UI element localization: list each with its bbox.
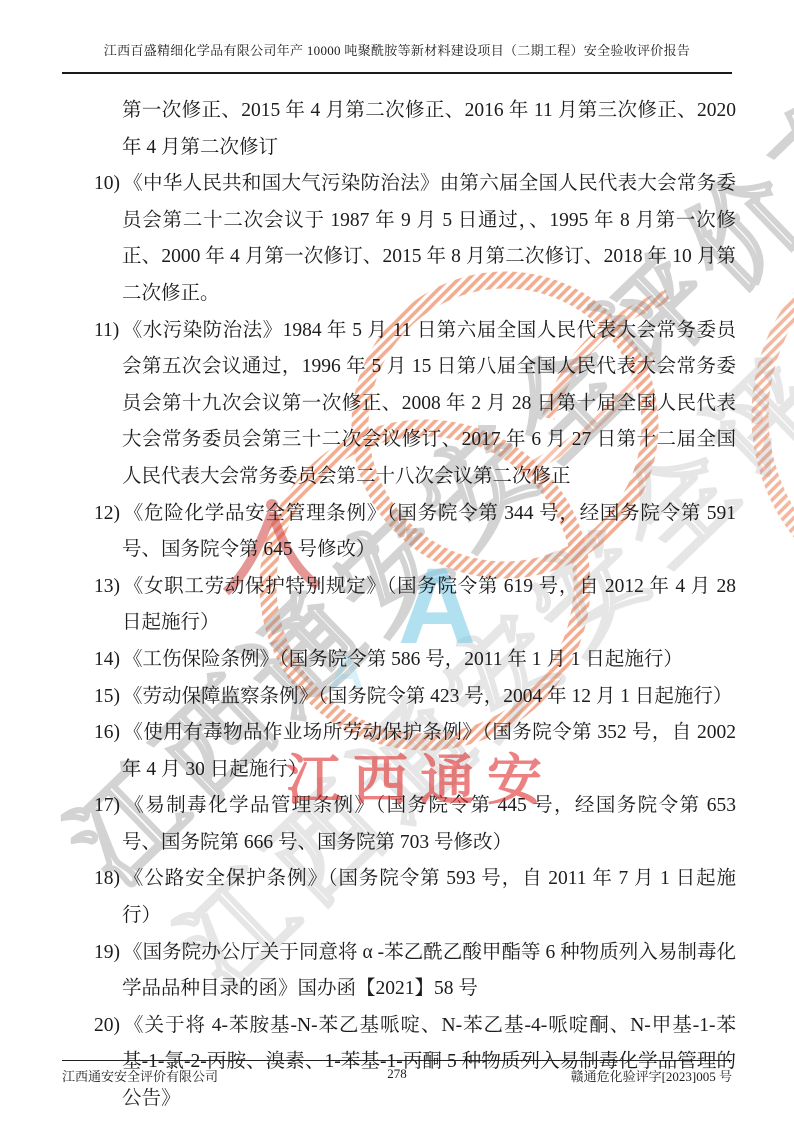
list-item-number: 12) xyxy=(94,503,120,524)
footer-doc-number: 赣通危化验评字[2023]005 号 xyxy=(407,1066,732,1085)
page-title: 江西百盛精细化学品有限公司年产 10000 吨聚酰胺等新材料建设项目（二期工程）… xyxy=(104,43,690,58)
list-item-text: 《易制毒化学品管理条例》（国务院令第 445 号，经国务院令第 653 号、国务… xyxy=(122,795,736,853)
list-item-number: 19) xyxy=(94,942,120,963)
list-item: 17)《易制毒化学品管理条例》（国务院令第 445 号，经国务院令第 653 号… xyxy=(94,788,736,861)
list-item-text: 《公路安全保护条例》（国务院令第 593 号，自 2011 年 7 月 1 日起… xyxy=(122,868,736,926)
stamp-ring-icon xyxy=(760,225,794,605)
list-item-number: 14) xyxy=(94,649,120,670)
law-list-section: 第一次修正、2015 年 4 月第二次修正、2016 年 11 月第三次修正、2… xyxy=(94,93,736,1118)
page-footer: 江西通安安全评价有限公司 278 赣通危化验评字[2023]005 号 xyxy=(62,1060,732,1085)
list-item-number: 10) xyxy=(94,173,120,194)
list-item-number: 18) xyxy=(94,868,120,889)
page-header: 江西百盛精细化学品有限公司年产 10000 吨聚酰胺等新材料建设项目（二期工程）… xyxy=(62,40,732,74)
list-item-number: 16) xyxy=(94,722,120,743)
list-item-number: 17) xyxy=(94,795,120,816)
list-item: 14)《工伤保险条例》（国务院令第 586 号，2011 年 1 月 1 日起施… xyxy=(94,642,736,679)
list-item-number: 15) xyxy=(94,686,120,707)
list-item: 10)《中华人民共和国大气污染防治法》由第六届全国人民代表大会常务委员会第二十二… xyxy=(94,166,736,312)
list-item-number: 11) xyxy=(94,320,119,341)
list-item: 13)《女职工劳动保护特别规定》（国务院令第 619 号，自 2012 年 4 … xyxy=(94,569,736,642)
list-item: 16)《使用有毒物品作业场所劳动保护条例》（国务院令第 352 号，自 2002… xyxy=(94,715,736,788)
list-item-text: 《国务院办公厅关于同意将 α -苯乙酰乙酸甲酯等 6 种物质列入易制毒化学品品种… xyxy=(122,942,736,1000)
list-item-continuation: 第一次修正、2015 年 4 月第二次修正、2016 年 11 月第三次修正、2… xyxy=(122,93,736,166)
footer-company: 江西通安安全评价有限公司 xyxy=(62,1066,387,1085)
list-item: 11)《水污染防治法》1984 年 5 月 11 日第六届全国人民代表大会常务委… xyxy=(94,313,736,496)
list-item-text: 《使用有毒物品作业场所劳动保护条例》（国务院令第 352 号，自 2002 年 … xyxy=(122,722,736,780)
list-item: 12)《危险化学品安全管理条例》（国务院令第 344 号，经国务院令第 591 … xyxy=(94,496,736,569)
list-item-text: 《劳动保障监察条例》（国务院令第 423 号，2004 年 12 月 1 日起施… xyxy=(123,686,732,707)
list-item-text: 《中华人民共和国大气污染防治法》由第六届全国人民代表大会常务委员会第二十二次会议… xyxy=(122,173,736,304)
list-item: 18)《公路安全保护条例》（国务院令第 593 号，自 2011 年 7 月 1… xyxy=(94,861,736,934)
list-item-text: 《女职工劳动保护特别规定》（国务院令第 619 号，自 2012 年 4 月 2… xyxy=(122,576,736,634)
list-item-text: 《危险化学品安全管理条例》（国务院令第 344 号，经国务院令第 591 号、国… xyxy=(122,503,736,561)
list-item-number: 20) xyxy=(94,1015,120,1036)
report-page: 江西通安安全评价有限公司 江西通安安全评价有限公司 A A 江西通安 江西百盛精… xyxy=(0,0,794,1123)
list-item: 15)《劳动保障监察条例》（国务院令第 423 号，2004 年 12 月 1 … xyxy=(94,679,736,716)
list-item: 19)《国务院办公厅关于同意将 α -苯乙酰乙酸甲酯等 6 种物质列入易制毒化学… xyxy=(94,935,736,1008)
list-item-number: 13) xyxy=(94,576,120,597)
list-item-text: 《工伤保险条例》（国务院令第 586 号，2011 年 1 月 1 日起施行） xyxy=(123,649,683,670)
law-list: 10)《中华人民共和国大气污染防治法》由第六届全国人民代表大会常务委员会第二十二… xyxy=(94,166,736,1117)
footer-page-number: 278 xyxy=(387,1066,407,1085)
list-item-text: 《水污染防治法》1984 年 5 月 11 日第六届全国人民代表大会常务委员会第… xyxy=(122,320,736,487)
